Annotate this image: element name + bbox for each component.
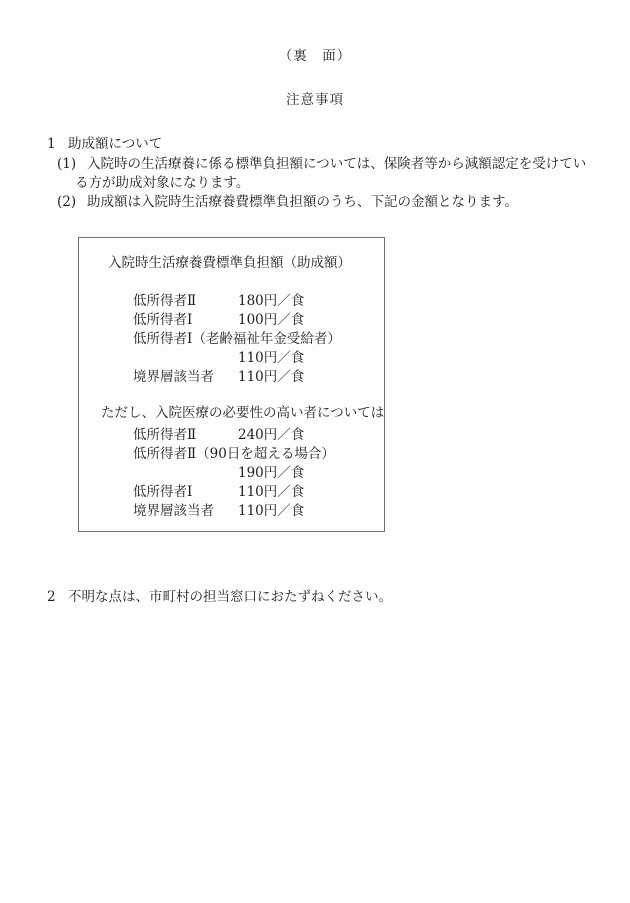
item-2-number: (2)	[57, 193, 87, 212]
document-title: 注意事項	[0, 91, 630, 110]
fee-rows-standard: 低所得者Ⅱ180円／食 低所得者Ⅰ100円／食 低所得者Ⅰ（老齢福祉年金受給者）…	[133, 292, 341, 387]
section-2-line: 2不明な点は、市町村の担当窓口におたずねください。	[47, 588, 392, 607]
fee-row-label: 低所得者Ⅰ	[133, 483, 238, 502]
fee-row-value: 100円／食	[238, 312, 304, 328]
fee-row: 境界層該当者110円／食	[133, 502, 335, 521]
fee-row-value: 240円／食	[238, 427, 304, 443]
item-1-line-1: (1)入院時の生活療養に係る標準負担額については、保険者等から減額認定を受けてい	[57, 155, 586, 174]
fee-row: 低所得者Ⅱ（90日を超える場合）	[133, 445, 335, 464]
fee-row-value: 190円／食	[238, 465, 304, 481]
fee-row: 低所得者Ⅰ（老齢福祉年金受給者）	[133, 330, 341, 349]
fee-row-value: 110円／食	[238, 369, 304, 385]
fee-row-label: 低所得者Ⅱ（90日を超える場合）	[133, 445, 335, 464]
section-1-heading: 1助成額について	[47, 135, 162, 154]
fee-row: 190円／食	[133, 464, 335, 483]
item-2-line-1: (2)助成額は入院時生活療養費標準負担額のうち、下記の金額となります。	[57, 193, 518, 212]
fee-row: 低所得者Ⅰ100円／食	[133, 311, 341, 330]
section-2-text: 不明な点は、市町村の担当窓口におたずねください。	[68, 589, 392, 605]
fee-row-value: 180円／食	[238, 293, 304, 309]
fee-row-value: 110円／食	[238, 484, 304, 500]
fee-row: 低所得者Ⅰ110円／食	[133, 483, 335, 502]
section-1-number: 1	[47, 135, 68, 154]
fee-rows-high-necessity: 低所得者Ⅱ240円／食 低所得者Ⅱ（90日を超える場合） 190円／食 低所得者…	[133, 426, 335, 521]
fee-row-label: 低所得者Ⅱ	[133, 292, 238, 311]
item-1-line-2: る方が助成対象になります。	[75, 174, 249, 193]
fee-row-value: 110円／食	[238, 350, 304, 366]
fee-row: 110円／食	[133, 349, 341, 368]
item-2-text: 助成額は入院時生活療養費標準負担額のうち、下記の金額となります。	[87, 194, 518, 210]
document-page: （裏 面） 注意事項 1助成額について (1)入院時の生活療養に係る標準負担額に…	[0, 0, 630, 903]
fee-box-title: 入院時生活療養費標準負担額（助成額）	[108, 254, 351, 273]
fee-row-label: 低所得者Ⅰ（老齢福祉年金受給者）	[133, 330, 341, 349]
section-2-number: 2	[47, 588, 68, 607]
fee-row-label: 低所得者Ⅱ	[133, 426, 238, 445]
subsidy-fee-box: 入院時生活療養費標準負担額（助成額） 低所得者Ⅱ180円／食 低所得者Ⅰ100円…	[78, 237, 385, 532]
section-1-heading-text: 助成額について	[68, 136, 162, 152]
item-1-number: (1)	[57, 155, 87, 174]
fee-row: 低所得者Ⅱ240円／食	[133, 426, 335, 445]
fee-box-note: ただし、入院医療の必要性の高い者については	[101, 404, 384, 423]
item-1-text: 入院時の生活療養に係る標準負担額については、保険者等から減額認定を受けてい	[87, 156, 586, 172]
fee-row-label: 低所得者Ⅰ	[133, 311, 238, 330]
fee-row: 低所得者Ⅱ180円／食	[133, 292, 341, 311]
fee-row-label: 境界層該当者	[133, 368, 238, 387]
fee-row-value: 110円／食	[238, 503, 304, 519]
page-side-label: （裏 面）	[0, 47, 630, 66]
fee-row: 境界層該当者110円／食	[133, 368, 341, 387]
fee-row-label: 境界層該当者	[133, 502, 238, 521]
